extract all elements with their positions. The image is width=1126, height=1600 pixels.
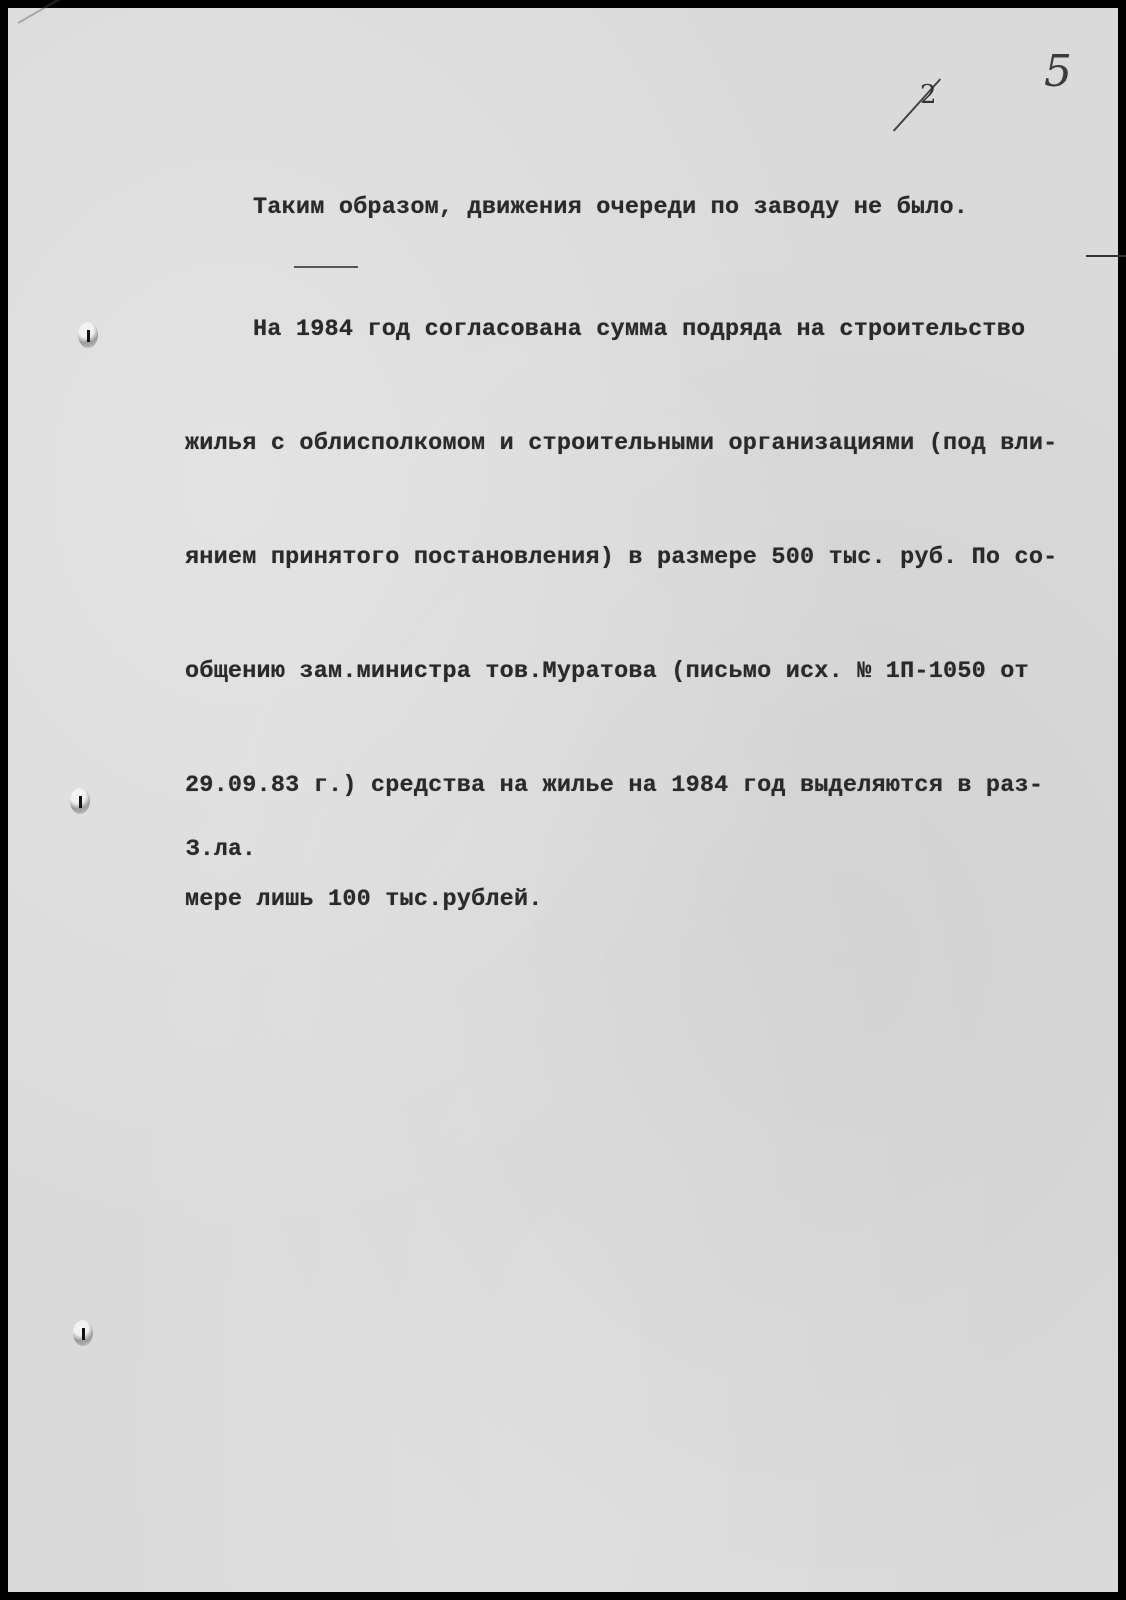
page-number-typed: 2 — [920, 80, 937, 110]
signoff: З.ла. — [186, 836, 256, 862]
paragraph-second: На 1984 год согласована сумма подряда на… — [185, 235, 1057, 995]
document-page: 2 5 Таким образом, движения очереди по з… — [8, 8, 1118, 1592]
paragraph-line: 29.09.83 г.) средства на жилье на 1984 г… — [185, 767, 1057, 805]
punch-hole — [70, 788, 90, 814]
paragraph-line: мере лишь 100 тыс.рублей. — [185, 881, 1057, 919]
punch-hole — [78, 322, 98, 348]
page-number-handwritten: 5 — [1044, 46, 1072, 97]
underline-mark — [294, 266, 358, 268]
paragraph-line: жилья с облисполкомом и строительными ор… — [185, 425, 1057, 463]
punch-hole — [73, 1320, 93, 1346]
paragraph-line: На 1984 год согласована сумма подряда на… — [185, 311, 1057, 349]
paragraph-line: общению зам.министра тов.Муратова (письм… — [185, 653, 1057, 691]
paragraph-first: Таким образом, движения очереди по завод… — [253, 194, 968, 221]
margin-mark — [1086, 255, 1126, 257]
paper-crease — [18, 0, 71, 23]
paragraph-line: янием принятого постановления) в размере… — [185, 539, 1057, 577]
